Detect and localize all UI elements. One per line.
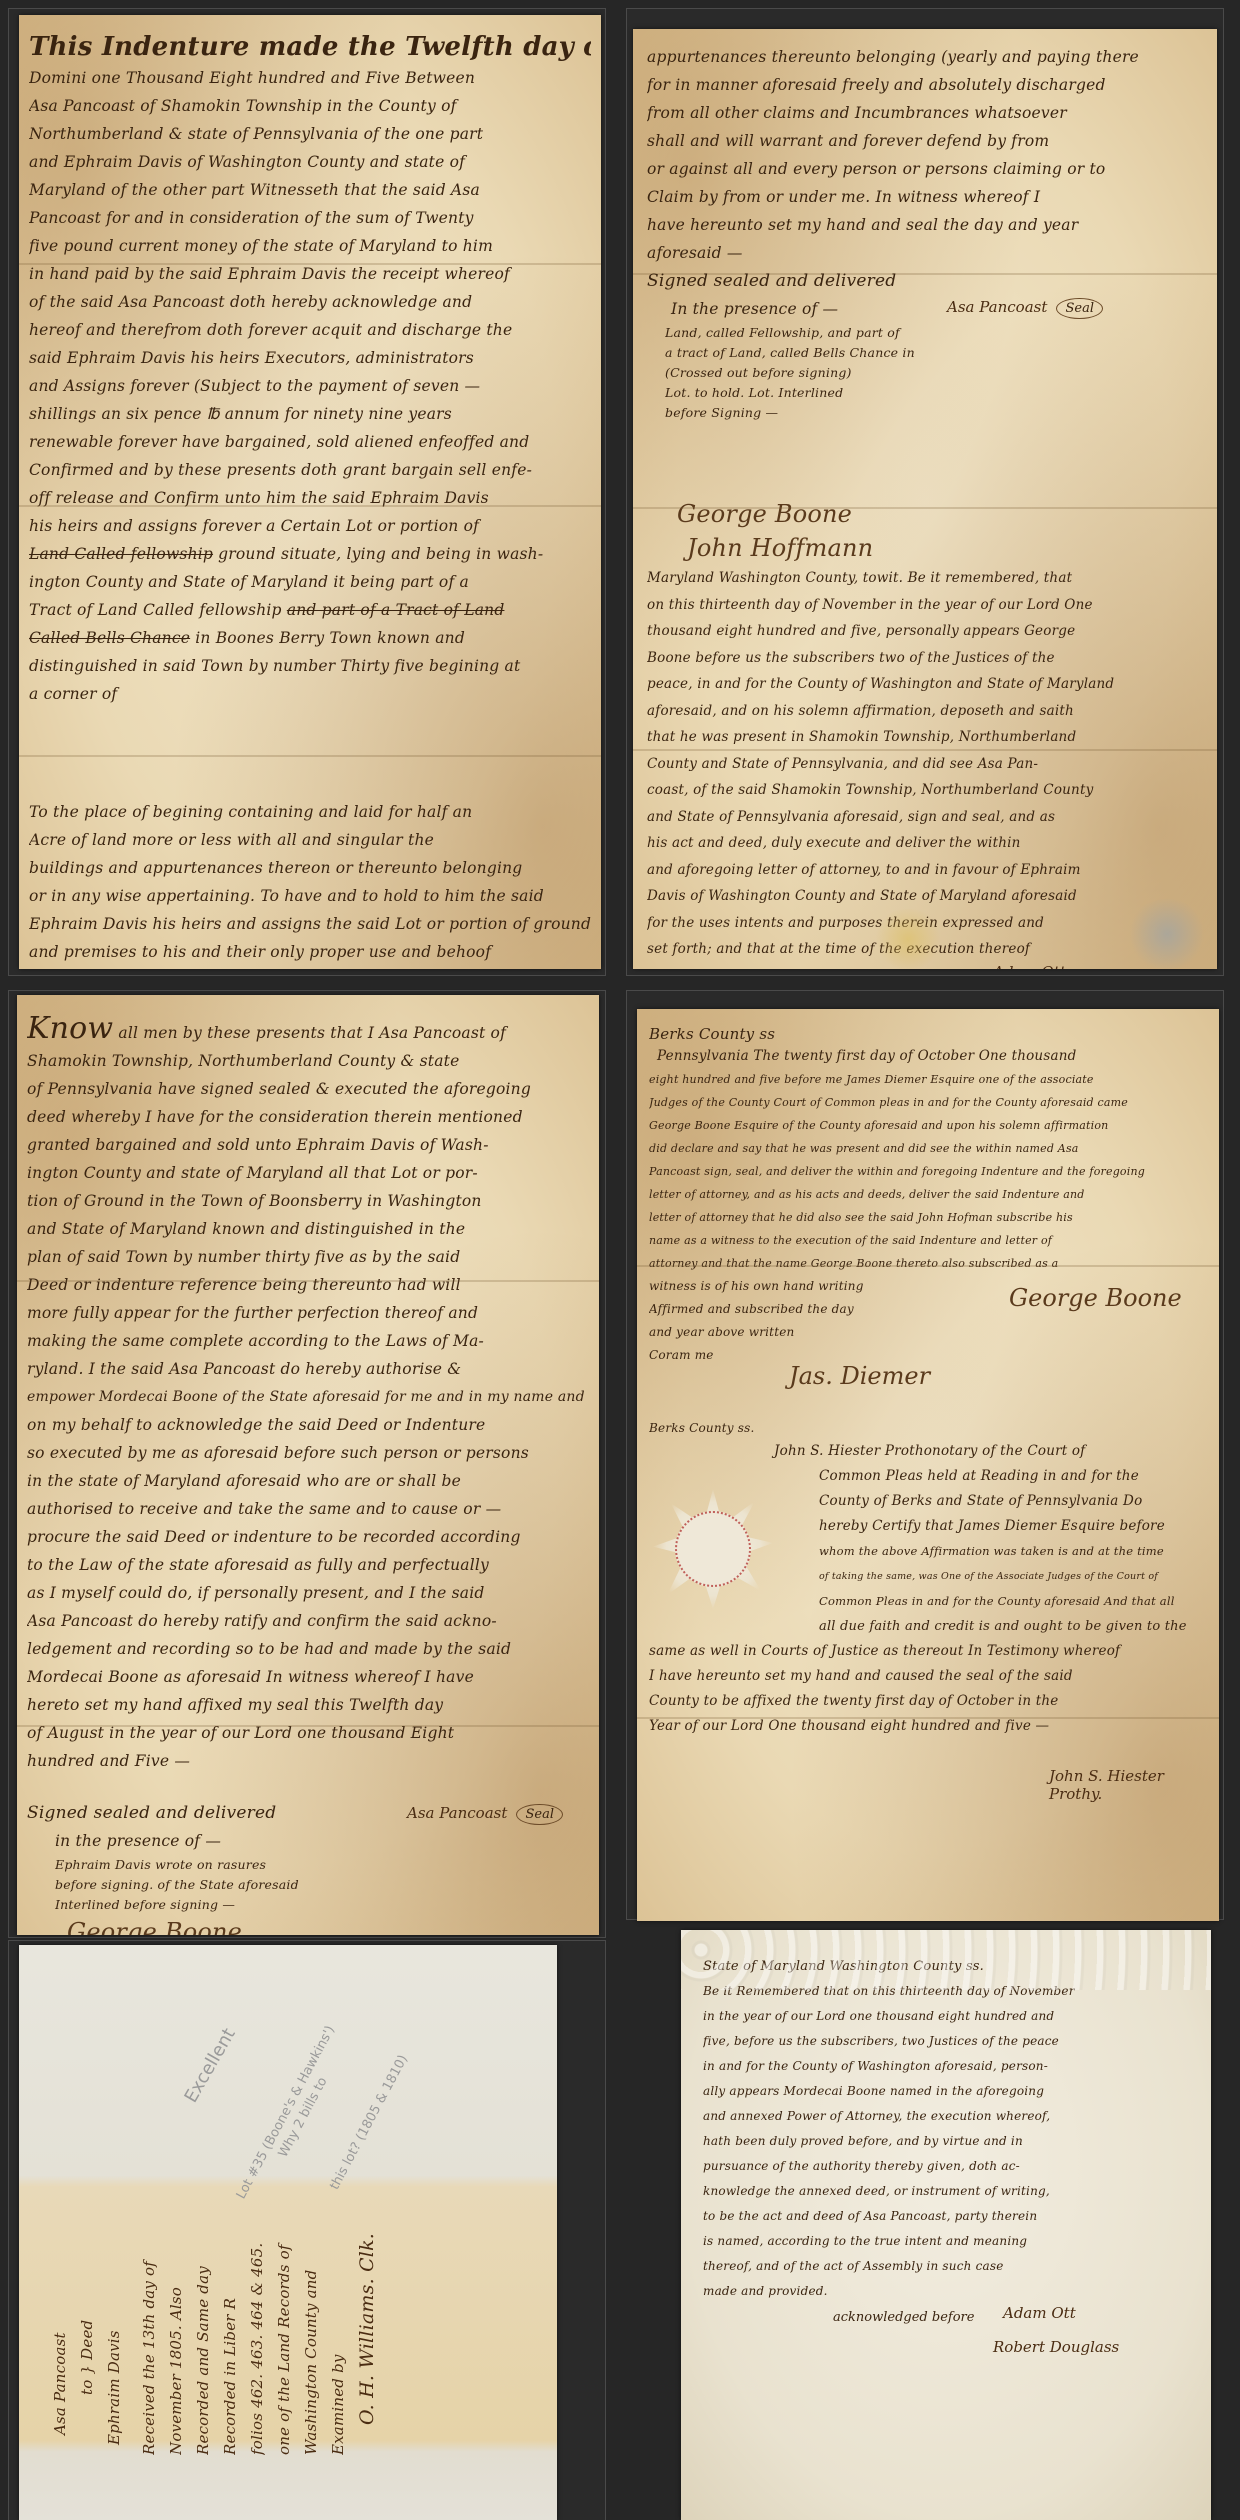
- text-line: Maryland Washington County, towit. Be it…: [647, 565, 1207, 592]
- text-line: five, before us the subscribers, two Jus…: [703, 2029, 1201, 2054]
- text-line: Year of our Lord One thousand eight hund…: [649, 1714, 1209, 1739]
- text-line: Know all men by these presents that I As…: [27, 1015, 589, 1047]
- text-line: Mordecai Boone as aforesaid In witness w…: [27, 1663, 589, 1691]
- text-line: ington County and State of Maryland it b…: [29, 568, 591, 596]
- text-line: and to and for no other use intent or pu…: [29, 966, 591, 969]
- opening-word: Know: [27, 1015, 113, 1046]
- text-line: Asa Pancoast do hereby ratify and confir…: [27, 1607, 589, 1635]
- grantor-signature: Asa Pancoast Seal: [947, 297, 1103, 319]
- judge-signature: Jas. Diemer: [789, 1359, 930, 1393]
- text-line: Acre of land more or less with all and s…: [29, 826, 591, 854]
- text-line: from all other claims and Incumbrances w…: [647, 99, 1207, 127]
- text-line: and year above written: [649, 1321, 1209, 1344]
- text-line: and Assigns forever (Subject to the paym…: [29, 372, 591, 400]
- text-line: and aforegoing letter of attorney, to an…: [647, 857, 1207, 884]
- text-line: Land Called fellowship ground situate, l…: [29, 540, 591, 568]
- document-sheet: Berks County ss Pennsylvania The twenty …: [637, 1009, 1219, 1921]
- water-stain: [873, 909, 943, 969]
- text-line: in the year of our Lord one thousand eig…: [703, 2004, 1201, 2029]
- text-line: of the said Asa Pancoast doth hereby ack…: [29, 288, 591, 316]
- text-line: deed whereby I have for the consideratio…: [27, 1103, 589, 1131]
- county-header: Berks County ss: [649, 1023, 1209, 1045]
- text-line: To the place of begining containing and …: [29, 798, 591, 826]
- prothonotary-signature: John S. Hiester Prothy.: [1049, 1767, 1209, 1803]
- struck-text: and part of a Tract of Land: [287, 601, 505, 619]
- document-sheet: Know all men by these presents that I As…: [17, 995, 599, 1935]
- text-line: eight hundred and five before me James D…: [649, 1068, 1209, 1091]
- seal-mark: Seal: [516, 1804, 563, 1825]
- panel-berks-county-certificate: Berks County ss Pennsylvania The twenty …: [626, 990, 1224, 1920]
- text-line: to be the act and deed of Asa Pancoast, …: [703, 2204, 1201, 2229]
- text-line: Claim by from or under me. In witness wh…: [647, 183, 1207, 211]
- text-line: hereto set my hand affixed my seal this …: [27, 1691, 589, 1719]
- text-line: I have hereunto set my hand and caused t…: [649, 1664, 1209, 1689]
- text-line: is named, according to the true intent a…: [703, 2229, 1201, 2254]
- document-sheet: This Indenture made the Twelfth day of A…: [19, 15, 601, 969]
- text-line: buildings and appurtenances thereon or t…: [29, 854, 591, 882]
- text-line: on this thirteenth day of November in th…: [647, 592, 1207, 619]
- text-line: name as a witness to the execution of th…: [649, 1229, 1209, 1252]
- text-line: Pancoast sign, seal, and deliver the wit…: [649, 1160, 1209, 1183]
- presence-label: in the presence of —: [27, 1827, 589, 1855]
- text-line: made and provided.: [703, 2279, 1201, 2304]
- text-line: letter of attorney that he did also see …: [649, 1206, 1209, 1229]
- document-sheet: Excellent Lot #35 (Boone's & Hawkins') W…: [19, 1945, 557, 2520]
- text-line: attorney and that the name George Boone …: [649, 1252, 1209, 1275]
- signed-sealed-label: Signed sealed and delivered: [647, 267, 1207, 295]
- text-line: Confirmed and by these presents doth gra…: [29, 456, 591, 484]
- text-line: in and for the County of Washington afor…: [703, 2054, 1201, 2079]
- text-line: Common Pleas held at Reading in and for …: [649, 1464, 1209, 1489]
- text-line: that he was present in Shamokin Township…: [647, 724, 1207, 751]
- text-line: aforesaid —: [647, 239, 1207, 267]
- text-line: shillings an six pence ℔ annum for ninet…: [29, 400, 591, 428]
- text-line: and State of Maryland known and distingu…: [27, 1215, 589, 1243]
- panel-indenture-page-1: This Indenture made the Twelfth day of A…: [8, 8, 606, 976]
- witness-signature: George Boone: [27, 1915, 589, 1935]
- text-line: tion of Ground in the Town of Boonsberry…: [27, 1187, 589, 1215]
- erasure-note: Land, called Fellowship, and part of a t…: [647, 323, 1207, 423]
- text-line: ally appears Mordecai Boone named in the…: [703, 2079, 1201, 2104]
- text-line: Judges of the County Court of Common ple…: [649, 1091, 1209, 1114]
- document-sheet: State of Maryland Washington County ss. …: [681, 1930, 1211, 2520]
- text-line: Pancoast for and in consideration of the…: [29, 204, 591, 232]
- document-sheet: appurtenances thereunto belonging (yearl…: [633, 29, 1217, 969]
- text-line: hereof and therefrom doth forever acquit…: [29, 316, 591, 344]
- text-line: his heirs and assigns forever a Certain …: [29, 512, 591, 540]
- text-line: plan of said Town by number thirty five …: [27, 1243, 589, 1271]
- text-line: This Indenture made the Twelfth day of A…: [29, 33, 591, 64]
- text-line: all due faith and credit is and ought to…: [649, 1614, 1209, 1639]
- embossed-border: [681, 1930, 1211, 1990]
- text-line: granted bargained and sold unto Ephraim …: [27, 1131, 589, 1159]
- text-line: Shamokin Township, Northumberland County…: [27, 1047, 589, 1075]
- text-line: Pennsylvania The twenty first day of Oct…: [649, 1045, 1209, 1068]
- text-line: a corner of: [29, 680, 591, 708]
- text-line: Tract of Land Called fellowship and part…: [29, 596, 591, 624]
- text-line: ledgement and recording so to be had and…: [27, 1635, 589, 1663]
- text-line: for in manner aforesaid freely and absol…: [647, 71, 1207, 99]
- panel-indenture-page-2: appurtenances thereunto belonging (yearl…: [626, 8, 1224, 976]
- text-line: John S. Hiester Prothonotary of the Cour…: [649, 1439, 1209, 1464]
- justice-signature: Adam Ott: [993, 963, 1066, 969]
- justice-signature: Adam Ott: [1003, 2304, 1076, 2322]
- text-line: on my behalf to acknowledge the said Dee…: [27, 1411, 589, 1439]
- text-line: Northumberland & state of Pennsylvania o…: [29, 120, 591, 148]
- text-line: County to be affixed the twenty first da…: [649, 1689, 1209, 1714]
- text-line: and State of Pennsylvania aforesaid, sig…: [647, 804, 1207, 831]
- text-line: appurtenances thereunto belonging (yearl…: [647, 43, 1207, 71]
- text-line: Domini one Thousand Eight hundred and Fi…: [29, 64, 591, 92]
- pencil-note: this lot? (1805 & 1810): [327, 2053, 411, 2193]
- text-line: making the same complete according to th…: [27, 1327, 589, 1355]
- text-line: renewable forever have bargained, sold a…: [29, 428, 591, 456]
- text-line: empower Mordecai Boone of the State afor…: [27, 1383, 589, 1411]
- presence-label: In the presence of —: [647, 295, 1207, 323]
- text-line: thousand eight hundred and five, persona…: [647, 618, 1207, 645]
- text-line: County and State of Pennsylvania, and di…: [647, 751, 1207, 778]
- county-header: Berks County ss.: [649, 1417, 1209, 1439]
- text-line: Deed or indenture reference being thereu…: [27, 1271, 589, 1299]
- text-line: distinguished in said Town by number Thi…: [29, 652, 591, 680]
- text-line: thereof, and of the act of Assembly in s…: [703, 2254, 1201, 2279]
- text-line: or against all and every person or perso…: [647, 155, 1207, 183]
- text-line: Asa Pancoast of Shamokin Township in the…: [29, 92, 591, 120]
- text-line: of August in the year of our Lord one th…: [27, 1719, 589, 1747]
- witness-signature: George Boone: [647, 497, 1207, 531]
- text-line: George Boone Esquire of the County afore…: [649, 1114, 1209, 1137]
- grantor-signature: Asa Pancoast Seal: [407, 1803, 563, 1825]
- pencil-note: Lot #35 (Boone's & Hawkins'): [234, 2023, 338, 2201]
- text-line: said Ephraim Davis his heirs Executors, …: [29, 344, 591, 372]
- court-seal-ring: [675, 1511, 751, 1587]
- text-line: hath been duly proved before, and by vir…: [703, 2129, 1201, 2154]
- text-line: and Ephraim Davis of Washington County a…: [29, 148, 591, 176]
- text-line: or in any wise appertaining. To have and…: [29, 882, 591, 910]
- text-line: Maryland of the other part Witnesseth th…: [29, 176, 591, 204]
- panel-letter-of-attorney: Know all men by these presents that I As…: [8, 990, 606, 1938]
- text-line: ryland. I the said Asa Pancoast do hereb…: [27, 1355, 589, 1383]
- text-line: of Pennsylvania have signed sealed & exe…: [27, 1075, 589, 1103]
- text-line: Davis of Washington County and State of …: [647, 883, 1207, 910]
- water-stain: [1127, 899, 1207, 969]
- witness-signature: John Hoffmann: [647, 531, 1207, 565]
- seal-mark: Seal: [1056, 298, 1103, 319]
- text-line: five pound current money of the state of…: [29, 232, 591, 260]
- text-line: off release and Confirm unto him the sai…: [29, 484, 591, 512]
- text-line: and annexed Power of Attorney, the execu…: [703, 2104, 1201, 2129]
- text-line: more fully appear for the further perfec…: [27, 1299, 589, 1327]
- text-line: letter of attorney, and as his acts and …: [649, 1183, 1209, 1206]
- text-line: County of Berks and State of Pennsylvani…: [649, 1489, 1209, 1514]
- ack-label: acknowledged before: [833, 2310, 974, 2325]
- text-line: Common Pleas in and for the County afore…: [649, 1589, 1209, 1614]
- text-line: so executed by me as aforesaid before su…: [27, 1439, 589, 1467]
- text-line: shall and will warrant and forever defen…: [647, 127, 1207, 155]
- text-line: and premises to his and their only prope…: [29, 938, 591, 966]
- text-line: procure the said Deed or indenture to be…: [27, 1523, 589, 1551]
- text-line: coast, of the said Shamokin Township, No…: [647, 777, 1207, 804]
- text-line: did declare and say that he was present …: [649, 1137, 1209, 1160]
- erasure-note: Ephraim Davis wrote on rasures before si…: [27, 1855, 589, 1915]
- text-line: as I myself could do, if personally pres…: [27, 1579, 589, 1607]
- text-line: knowledge the annexed deed, or instrumen…: [703, 2179, 1201, 2204]
- text-line: hundred and Five —: [27, 1747, 589, 1775]
- text-line: aforesaid, and on his solemn affirmation…: [647, 698, 1207, 725]
- panel-docket-cover: Excellent Lot #35 (Boone's & Hawkins') W…: [8, 1940, 606, 2520]
- text-line: peace, in and for the County of Washingt…: [647, 671, 1207, 698]
- text-line: Boone before us the subscribers two of t…: [647, 645, 1207, 672]
- text-line: his act and deed, duly execute and deliv…: [647, 830, 1207, 857]
- pencil-note: Excellent: [180, 2025, 239, 2107]
- text-line: ington County and state of Maryland all …: [27, 1159, 589, 1187]
- text-line: Ephraim Davis his heirs and assigns the …: [29, 910, 591, 938]
- deponent-signature: George Boone: [1009, 1281, 1182, 1315]
- text-line: to the Law of the state aforesaid as ful…: [27, 1551, 589, 1579]
- text-line: Called Bells Chance in Boones Berry Town…: [29, 624, 591, 652]
- justice-signature: Robert Douglass: [993, 2338, 1119, 2356]
- text-line: authorised to receive and take the same …: [27, 1495, 589, 1523]
- text-line: in the state of Maryland aforesaid who a…: [27, 1467, 589, 1495]
- struck-text: Land Called fellowship: [29, 545, 213, 563]
- struck-text: Called Bells Chance: [29, 629, 190, 647]
- panel-maryland-acknowledgement: State of Maryland Washington County ss. …: [626, 1930, 1224, 2520]
- text-line: pursuance of the authority thereby given…: [703, 2154, 1201, 2179]
- text-line: same as well in Courts of Justice as the…: [649, 1639, 1209, 1664]
- text-line: have hereunto set my hand and seal the d…: [647, 211, 1207, 239]
